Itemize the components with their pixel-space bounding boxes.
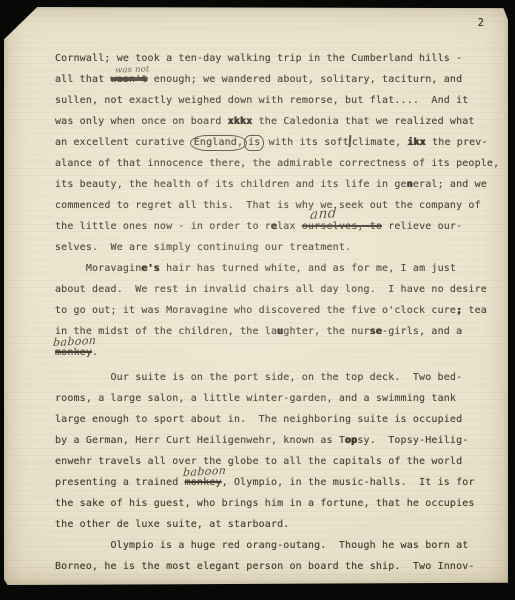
typed-text: the prev- (426, 137, 488, 148)
typed-text: lax (277, 221, 302, 232)
typed-text: Borneo, he is the most elegant person on… (55, 561, 475, 572)
typed-text: the prev- (426, 137, 488, 148)
text-line: an excellent curative England,is with it… (55, 132, 495, 153)
text-line: Borneo, he is the most elegant person on… (55, 556, 495, 577)
typed-text: selves. We are simply continuing our tre… (55, 242, 351, 253)
typed-text: large enough to sport about in. The neig… (55, 414, 462, 425)
typed-text: relieve our- (382, 221, 462, 232)
typed-text: monkey (185, 477, 222, 488)
typed-text: the sake of his guest, who brings him in… (55, 498, 475, 509)
typed-text: Cornwall; we took a ten-day walking trip… (55, 53, 462, 64)
typed-text: with its soft (262, 137, 348, 148)
text-line: large enough to sport about in. The neig… (55, 409, 495, 430)
text-line: by a German, Herr Curt Heiligenwehr, kno… (55, 430, 495, 451)
typed-text: the little ones now - in order to r (55, 221, 271, 232)
text-line: Cornwall; we took a ten-day walking trip… (55, 48, 495, 69)
typed-text: sy. Topsy-Heilig- (357, 435, 468, 446)
text-line: to go out; it was Moravagine who discove… (55, 300, 495, 321)
struck-word: monkeybaboon (185, 477, 222, 488)
text-line: monkeybaboon. (55, 342, 495, 363)
text-line: Olympio is a huge red orang-outang. Thou… (55, 535, 495, 556)
text-line: in the midst of the children, the laught… (55, 321, 495, 342)
text-line: commenced to regret all this. That is wh… (55, 195, 495, 216)
typed-text: enough; we wandered about, solitary, tac… (148, 74, 463, 85)
typed-text: enwehr travels all over the globe to all… (55, 456, 462, 467)
typed-text: is (248, 137, 260, 148)
overtyped-chars: xkkx (228, 116, 253, 127)
typed-text: Borneo, he is the most elegant person on… (55, 561, 475, 572)
typed-text: relieve our- (382, 221, 462, 232)
typewritten-text: Cornwall; we took a ten-day walking trip… (55, 48, 495, 577)
typed-text: se (370, 326, 382, 337)
text-line: alance of that innocence there, the admi… (55, 153, 495, 174)
typed-text: in the midst of the children, the la (55, 326, 277, 337)
typed-text: was only when once on board (55, 116, 228, 127)
typed-text: hair has turned white, and as for me, I … (160, 263, 456, 274)
typed-text: alance of that innocence there, the admi… (55, 158, 499, 169)
typed-text: by a German, Herr Curt Heiligenwehr, kno… (55, 435, 345, 446)
typed-text: -girls, and a (382, 326, 462, 337)
typed-text: about dead. We rest in invalid chairs al… (55, 284, 487, 295)
typed-text: ourselves, to (302, 221, 382, 232)
typed-text: Our suite is on the port side, on the to… (111, 372, 463, 383)
typed-text: op (345, 435, 357, 446)
typed-text: the other de luxe suite, at starboard. (55, 519, 289, 530)
typed-text: presenting a trained (55, 477, 185, 488)
typed-text: enough; we wandered about, solitary, tac… (148, 74, 463, 85)
text-line: the little ones now - in order to relax … (55, 216, 495, 237)
typed-text: -girls, and a (382, 326, 462, 337)
typed-text: Cornwall; we took a ten-day walking trip… (55, 53, 462, 64)
typed-text: the Caledonia that we realized what (252, 116, 474, 127)
typed-text: climate, (352, 137, 408, 148)
typed-text: sullen, not exactly weighed down with re… (55, 95, 468, 106)
typed-text: Olympio is a huge red orang-outang. Thou… (111, 540, 469, 551)
typed-text: its beauty, the health of its children a… (55, 179, 407, 190)
typed-text: presenting a trained (55, 477, 185, 488)
typed-text: sullen, not exactly weighed down with re… (55, 95, 468, 106)
text-line: Our suite is on the port side, on the to… (55, 367, 495, 388)
typed-text: , Olympio, in the music-halls. It is for (222, 477, 475, 488)
typed-text: an excellent curative (55, 137, 191, 148)
typed-text: sy. Topsy-Heilig- (357, 435, 468, 446)
typed-text: rooms, a large salon, a little winter-ga… (55, 393, 456, 404)
typed-text: was only when once on board (55, 116, 228, 127)
overtyped-chars: se (370, 326, 382, 337)
space-insert-mark (348, 135, 351, 147)
typed-text: the sake of his guest, who brings him in… (55, 498, 475, 509)
typed-text: with its soft (262, 137, 348, 148)
overtyped-chars: op (345, 435, 357, 446)
typed-text: ghter, the nur (283, 326, 369, 337)
typed-text: enwehr travels all over the globe to all… (55, 456, 462, 467)
typed-text: climate, (352, 137, 408, 148)
circled-word: England, (190, 135, 247, 151)
typed-text: wasn't (111, 74, 148, 85)
typed-text: alance of that innocence there, the admi… (55, 158, 499, 169)
text-line: enwehr travels all over the globe to all… (55, 451, 495, 472)
text-line: presenting a trained monkeybaboon, Olymp… (55, 472, 495, 493)
typed-text: eral; and we (413, 179, 487, 190)
manuscript-page: 2 Cornwall; we took a ten-day walking tr… (4, 7, 508, 585)
typed-text: . (92, 347, 98, 358)
text-line: sullen, not exactly weighed down with re… (55, 90, 495, 111)
text-line: Moravagine's hair has turned white, and … (55, 258, 495, 279)
text-line: the other de luxe suite, at starboard. (55, 514, 495, 535)
struck-words: ourselves, toand (302, 221, 382, 232)
typed-text: commenced to regret all this. That is wh… (55, 200, 481, 211)
typed-text: Our suite is on the port side, on the to… (111, 372, 463, 383)
typed-text: the little ones now - in order to r (55, 221, 271, 232)
struck-word: monkeybaboon (55, 347, 92, 358)
typed-text: to go out; it was Moravagine who discove… (55, 305, 456, 316)
overtyped-chars: e's (141, 263, 160, 274)
typed-text: large enough to sport about in. The neig… (55, 414, 462, 425)
typed-text: its beauty, the health of its children a… (55, 179, 407, 190)
typed-text: ikx (407, 137, 426, 148)
struck-word: wasn'twas not (111, 74, 148, 85)
text-line: rooms, a large salon, a little winter-ga… (55, 388, 495, 409)
typed-text: tea (462, 305, 487, 316)
typed-text: , Olympio, in the music-halls. It is for (222, 477, 475, 488)
typed-text: hair has turned white, and as for me, I … (160, 263, 456, 274)
typed-text: commenced to regret all this. That is wh… (55, 200, 481, 211)
typed-text: about dead. We rest in invalid chairs al… (55, 284, 487, 295)
typed-text: Olympio is a huge red orang-outang. Thou… (111, 540, 469, 551)
typed-text: all that (55, 74, 111, 85)
text-line: its beauty, the health of its children a… (55, 174, 495, 195)
typed-text: selves. We are simply continuing our tre… (55, 242, 351, 253)
typed-text: monkey (55, 347, 92, 358)
typed-text: all that (55, 74, 111, 85)
typed-text: by a German, Herr Curt Heiligenwehr, kno… (55, 435, 345, 446)
text-line: selves. We are simply continuing our tre… (55, 237, 495, 258)
text-line: all that wasn'twas not enough; we wander… (55, 69, 495, 90)
typed-text: ghter, the nur (283, 326, 369, 337)
typed-text: xkkx (228, 116, 253, 127)
typed-text: rooms, a large salon, a little winter-ga… (55, 393, 456, 404)
typed-text: eral; and we (413, 179, 487, 190)
page-number: 2 (478, 16, 484, 30)
text-line: the sake of his guest, who brings him in… (55, 493, 495, 514)
typed-text: the Caledonia that we realized what (252, 116, 474, 127)
typed-text: an excellent curative (55, 137, 191, 148)
text-line: about dead. We rest in invalid chairs al… (55, 279, 495, 300)
typed-text: Moravagin (86, 263, 142, 274)
typed-text: lax (277, 221, 302, 232)
typed-text: e's (141, 263, 160, 274)
typed-text: to go out; it was Moravagine who discove… (55, 305, 456, 316)
text-line: was only when once on board xkkx the Cal… (55, 111, 495, 132)
overtyped-chars: ikx (407, 137, 426, 148)
typed-text: . (92, 347, 98, 358)
typed-text: England, (194, 137, 243, 148)
typed-text: the other de luxe suite, at starboard. (55, 519, 289, 530)
typed-text: tea (462, 305, 487, 316)
typed-text: Moravagin (86, 263, 142, 274)
typed-text: in the midst of the children, the la (55, 326, 277, 337)
